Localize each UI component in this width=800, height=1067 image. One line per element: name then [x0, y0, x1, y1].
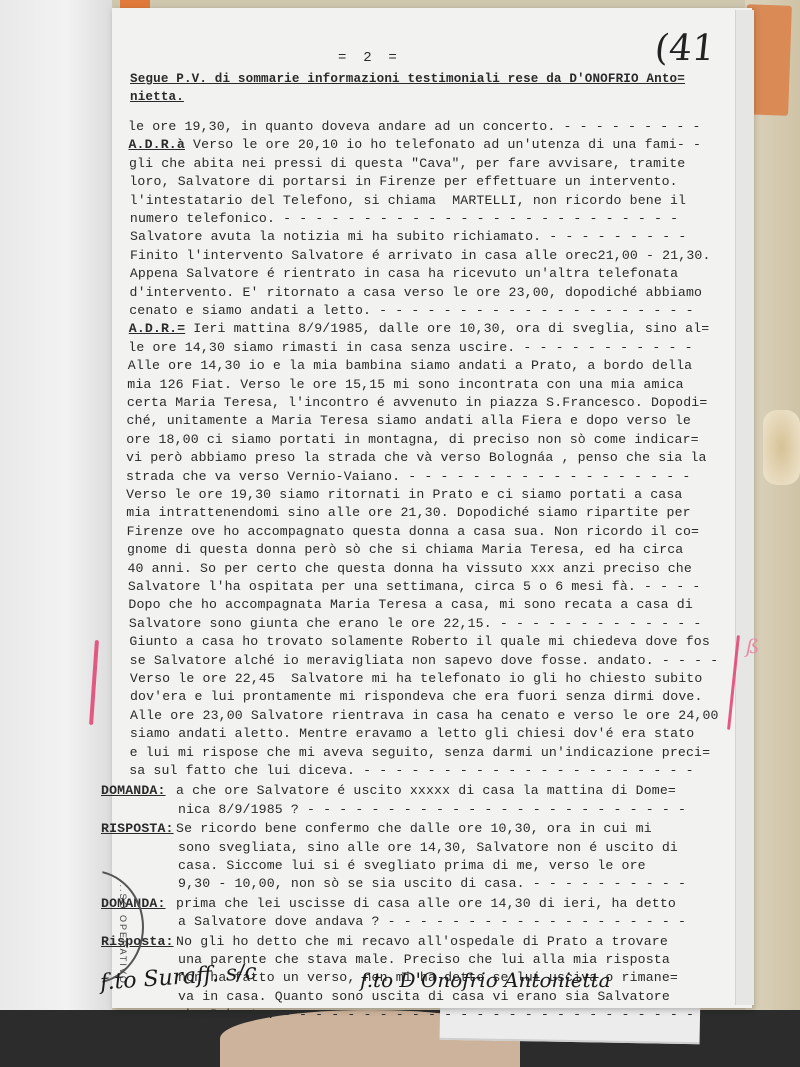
line-text: e lui mi rispose che mi aveva seguito, s…: [130, 745, 711, 760]
background-left: [0, 0, 112, 1067]
line-text: Ieri mattina 8/9/1985, dalle ore 10,30, …: [185, 321, 709, 336]
answer-label: RISPOSTA:: [101, 820, 174, 838]
statement-line: Salvatore sono giunta che erano le ore 2…: [129, 615, 702, 633]
line-text: Salvatore l'ha ospitata per una settiman…: [128, 579, 701, 594]
line-text: mia intrattenendomi sino alle ore 21,30.…: [126, 505, 690, 520]
statement-line: mia intrattenendomi sino alle ore 21,30.…: [126, 504, 690, 522]
line-text: Verso le ore 19,30 siamo ritornati in Pr…: [126, 487, 682, 502]
adr-label: A.D.R.=: [129, 321, 185, 336]
line-text: sa sul fatto che lui diceva. - - - - - -…: [129, 763, 693, 778]
statement-line: sa sul fatto che lui diceva. - - - - - -…: [129, 762, 693, 780]
statement-line: ché, unitamente a Maria Teresa siamo and…: [126, 412, 690, 430]
line-text: ore 18,00 ci siamo portati in montagna, …: [126, 432, 699, 447]
line-text: le ore 19,30, in quanto doveva andare ad…: [128, 119, 701, 134]
line-text: Salvatore sono giunta che erano le ore 2…: [129, 616, 702, 631]
line-text: Giunto a casa ho trovato solamente Rober…: [129, 634, 710, 649]
line-text: gli che abita nei pressi di questa "Cava…: [129, 156, 685, 171]
line-text: Alle ore 14,30 io e la mia bambina siamo…: [128, 358, 692, 373]
statement-line: Verso le ore 19,30 siamo ritornati in Pr…: [126, 486, 682, 504]
line-text: dov'era e lui prontamente mi rispondeva …: [130, 689, 703, 704]
line-text: certa Maria Teresa, l'incontro é avvenut…: [127, 395, 708, 410]
statement-line: loro, Salvatore di portarsi in Firenze p…: [129, 173, 677, 191]
line-text: d'intervento. E' ritornato a casa verso …: [130, 285, 703, 300]
statement-line: Appena Salvatore é rientrato in casa ha …: [130, 265, 678, 283]
statement-line: ore 18,00 ci siamo portati in montagna, …: [126, 431, 699, 449]
statement-line: dov'era e lui prontamente mi rispondeva …: [130, 688, 703, 706]
statement-line: Finito l'intervento Salvatore é arrivato…: [130, 247, 711, 265]
line-text: le ore 14,30 siamo rimasti in casa senza…: [128, 340, 692, 355]
qa-line: nica 8/9/1985 ? - - - - - - - - - - - - …: [178, 801, 686, 819]
adr-label: A.D.R.à: [128, 137, 184, 152]
line-text: strada che va verso Vernio-Vaiano. - - -…: [126, 469, 690, 484]
line-text: Dopo che ho accompagnata Maria Teresa a …: [128, 597, 692, 612]
statement-line: Salvatore avuta la notizia mi ha subito …: [130, 228, 686, 246]
qa-line: a che ore Salvatore é uscito xxxxx di ca…: [176, 782, 676, 800]
statement-line: certa Maria Teresa, l'incontro é avvenut…: [127, 394, 708, 412]
statement-line: e lui mi rispose che mi aveva seguito, s…: [130, 744, 711, 762]
statement-line: Alle ore 23,00 Salvatore rientrava in ca…: [130, 707, 719, 725]
line-text: se Salvatore alché io meravigliata non s…: [130, 653, 719, 668]
qa-line: sono svegliata, sino alle ore 14,30, Sal…: [178, 839, 678, 857]
statement-line: numero telefonico. - - - - - - - - - - -…: [130, 210, 678, 228]
qa-line: a Salvatore dove andava ? - - - - - - - …: [178, 913, 686, 931]
statement-line: gnome di questa donna però sò che si chi…: [127, 541, 683, 559]
line-text: loro, Salvatore di portarsi in Firenze p…: [129, 174, 677, 189]
statement-line: l'intestatario del Telefono, si chiama M…: [130, 192, 686, 210]
signature-witness: f.to D'Onofrio Antonietta: [360, 968, 611, 992]
line-text: Firenze ove ho accompagnato questa donna…: [127, 524, 700, 539]
line-text: mia 126 Fiat. Verso le ore 15,15 mi sono…: [127, 377, 683, 392]
qa-line: prima che lei uscisse di casa alle ore 1…: [176, 895, 676, 913]
statement-line: A.D.R.à Verso le ore 20,10 io ho telefon…: [128, 136, 701, 154]
statement-line: Salvatore l'ha ospitata per una settiman…: [128, 578, 701, 596]
line-text: Salvatore avuta la notizia mi ha subito …: [130, 229, 686, 244]
qa-line: Se ricordo bene confermo che dalle ore 1…: [176, 820, 652, 838]
line-text: l'intestatario del Telefono, si chiama M…: [130, 193, 686, 208]
qa-line: casa. Siccome lui si é svegliato prima d…: [178, 857, 646, 875]
line-text: numero telefonico. - - - - - - - - - - -…: [130, 211, 678, 226]
line-text: Finito l'intervento Salvatore é arrivato…: [130, 248, 711, 263]
statement-line: Dopo che ho accompagnata Maria Teresa a …: [128, 596, 692, 614]
line-text: 40 anni. So per certo che questa donna h…: [127, 561, 691, 576]
statement-line: gli che abita nei pressi di questa "Cava…: [129, 155, 685, 173]
page-number: = 2 =: [338, 50, 397, 66]
line-text: vi però abbiamo preso la strada che và v…: [126, 450, 707, 465]
line-text: gnome di questa donna però sò che si chi…: [127, 542, 683, 557]
header-line-1: Segue P.V. di sommarie informazioni test…: [130, 70, 685, 88]
header-line-2: nietta.: [130, 88, 184, 106]
question-label: DOMANDA:: [101, 782, 166, 800]
statement-line: strada che va verso Vernio-Vaiano. - - -…: [126, 468, 690, 486]
statement-line: cenato e siamo andati a letto. - - - - -…: [129, 302, 693, 320]
statement-line: Firenze ove ho accompagnato questa donna…: [127, 523, 700, 541]
statement-line: Alle ore 14,30 io e la mia bambina siamo…: [128, 357, 692, 375]
statement-line: siamo andati aletto. Mentre eravamo a le…: [130, 725, 694, 743]
red-margin-annotation: ß: [746, 634, 759, 658]
statement-line: vi però abbiamo preso la strada che và v…: [126, 449, 707, 467]
line-text: Alle ore 23,00 Salvatore rientrava in ca…: [130, 708, 719, 723]
qa-line: 9,30 - 10,00, non sò se sia uscito di ca…: [178, 875, 686, 893]
line-text: Verso le ore 22,45 Salvatore mi ha telef…: [130, 671, 703, 686]
folder-cord: [763, 410, 800, 485]
statement-line: Verso le ore 22,45 Salvatore mi ha telef…: [130, 670, 703, 688]
statement-line: 40 anni. So per certo che questa donna h…: [127, 560, 691, 578]
line-text: ché, unitamente a Maria Teresa siamo and…: [126, 413, 690, 428]
statement-line: se Salvatore alché io meravigliata non s…: [130, 652, 719, 670]
qa-line: che Roberto. - - - - - - - - - - - - - -…: [178, 1006, 694, 1024]
page-edge: [735, 10, 754, 1005]
statement-line: A.D.R.= Ieri mattina 8/9/1985, dalle ore…: [129, 320, 710, 338]
line-text: cenato e siamo andati a letto. - - - - -…: [129, 303, 693, 318]
statement-line: le ore 14,30 siamo rimasti in casa senza…: [128, 339, 692, 357]
line-text: siamo andati aletto. Mentre eravamo a le…: [130, 726, 694, 741]
line-text: Verso le ore 20,10 io ho telefonato ad u…: [185, 137, 701, 152]
statement-line: d'intervento. E' ritornato a casa verso …: [130, 284, 703, 302]
qa-line: No gli ho detto che mi recavo all'ospeda…: [176, 933, 668, 951]
statement-line: Giunto a casa ho trovato solamente Rober…: [129, 633, 710, 651]
statement-line: le ore 19,30, in quanto doveva andare ad…: [128, 118, 701, 136]
folio-number: (41: [653, 28, 717, 69]
statement-line: mia 126 Fiat. Verso le ore 15,15 mi sono…: [127, 376, 683, 394]
line-text: Appena Salvatore é rientrato in casa ha …: [130, 266, 678, 281]
